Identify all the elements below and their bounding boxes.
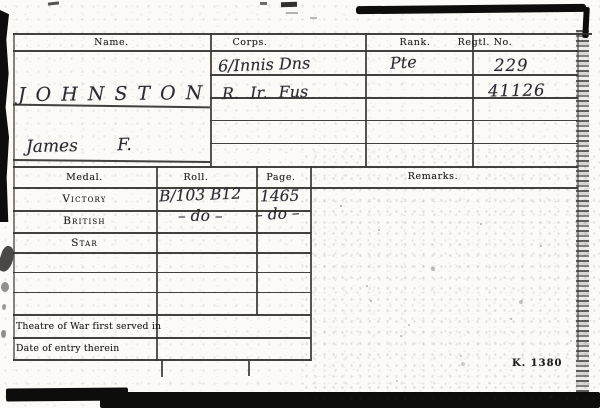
column-divider bbox=[365, 33, 367, 167]
rank-value: Pte bbox=[390, 52, 418, 72]
paper-specks bbox=[370, 300, 372, 302]
corps-value: R. Ir. Fus bbox=[222, 82, 309, 103]
grid-line bbox=[13, 272, 311, 273]
medal-row-label: British bbox=[13, 215, 156, 227]
name-column-header: Name. bbox=[13, 37, 210, 48]
name-rule-line bbox=[13, 159, 210, 163]
scan-artifact-mark bbox=[310, 17, 317, 19]
roll-value: B/103 B12 bbox=[159, 185, 242, 206]
regtl-no-value: 229 bbox=[494, 56, 529, 75]
theatre-of-war-label: Theatre of War first served in bbox=[16, 321, 161, 332]
surname-value: JOHNSTON bbox=[18, 82, 213, 106]
medal-row-label: Star bbox=[13, 237, 156, 249]
page-ditto-value: – do – bbox=[255, 204, 300, 224]
corps-column-header: Corps. bbox=[190, 37, 310, 48]
grid-line bbox=[13, 292, 311, 293]
column-divider bbox=[310, 166, 312, 361]
paper-specks bbox=[340, 205, 342, 207]
table-border bbox=[13, 33, 592, 35]
scan-artifact-bottom-bar bbox=[100, 392, 600, 408]
scan-artifact-mark bbox=[260, 2, 267, 5]
column-divider bbox=[472, 33, 474, 167]
grid-line bbox=[210, 120, 578, 121]
scan-artifact-left-bar bbox=[0, 10, 9, 222]
medal-column-header: Medal. bbox=[13, 172, 156, 183]
scan-artifact-dot bbox=[1, 330, 6, 338]
page-column-header: Page. bbox=[246, 172, 316, 183]
regtl-no-column-header: Regtl. No. bbox=[425, 37, 545, 48]
scan-artifact-mark bbox=[281, 2, 297, 8]
column-divider bbox=[256, 166, 258, 315]
grid-line bbox=[13, 252, 311, 254]
grid-line bbox=[13, 232, 311, 234]
corps-value: 6/Innis Dns bbox=[218, 53, 311, 75]
regtl-no-value: 41126 bbox=[488, 80, 546, 100]
page-value: 1465 bbox=[260, 187, 300, 206]
grid-line bbox=[13, 337, 311, 339]
scan-artifact-mark bbox=[48, 1, 59, 5]
table-border bbox=[13, 166, 578, 168]
roll-ditto-value: – do – bbox=[178, 207, 223, 225]
table-border bbox=[13, 50, 578, 52]
medal-row-label: Victory bbox=[13, 193, 156, 205]
grid-line bbox=[13, 314, 311, 316]
roll-column-header: Roll. bbox=[146, 172, 246, 183]
scan-artifact-smudge bbox=[1, 282, 9, 292]
remarks-column-header: Remarks. bbox=[363, 171, 503, 182]
scan-artifact-top-right-bar bbox=[356, 4, 586, 14]
forenames-value: James F. bbox=[26, 135, 132, 157]
table-border bbox=[577, 33, 579, 360]
form-reference-number: K. 1380 bbox=[512, 358, 563, 369]
scan-artifact-stub bbox=[248, 361, 250, 376]
grid-line bbox=[210, 143, 578, 144]
scan-artifact-dot bbox=[2, 304, 6, 310]
date-of-entry-label: Date of entry therein bbox=[16, 343, 119, 354]
medal-index-card-scan: Name. Corps. Rank. Regtl. No. JOHNSTON J… bbox=[0, 0, 600, 408]
scan-artifact-stub bbox=[161, 360, 163, 377]
scan-artifact-mark bbox=[286, 12, 298, 14]
